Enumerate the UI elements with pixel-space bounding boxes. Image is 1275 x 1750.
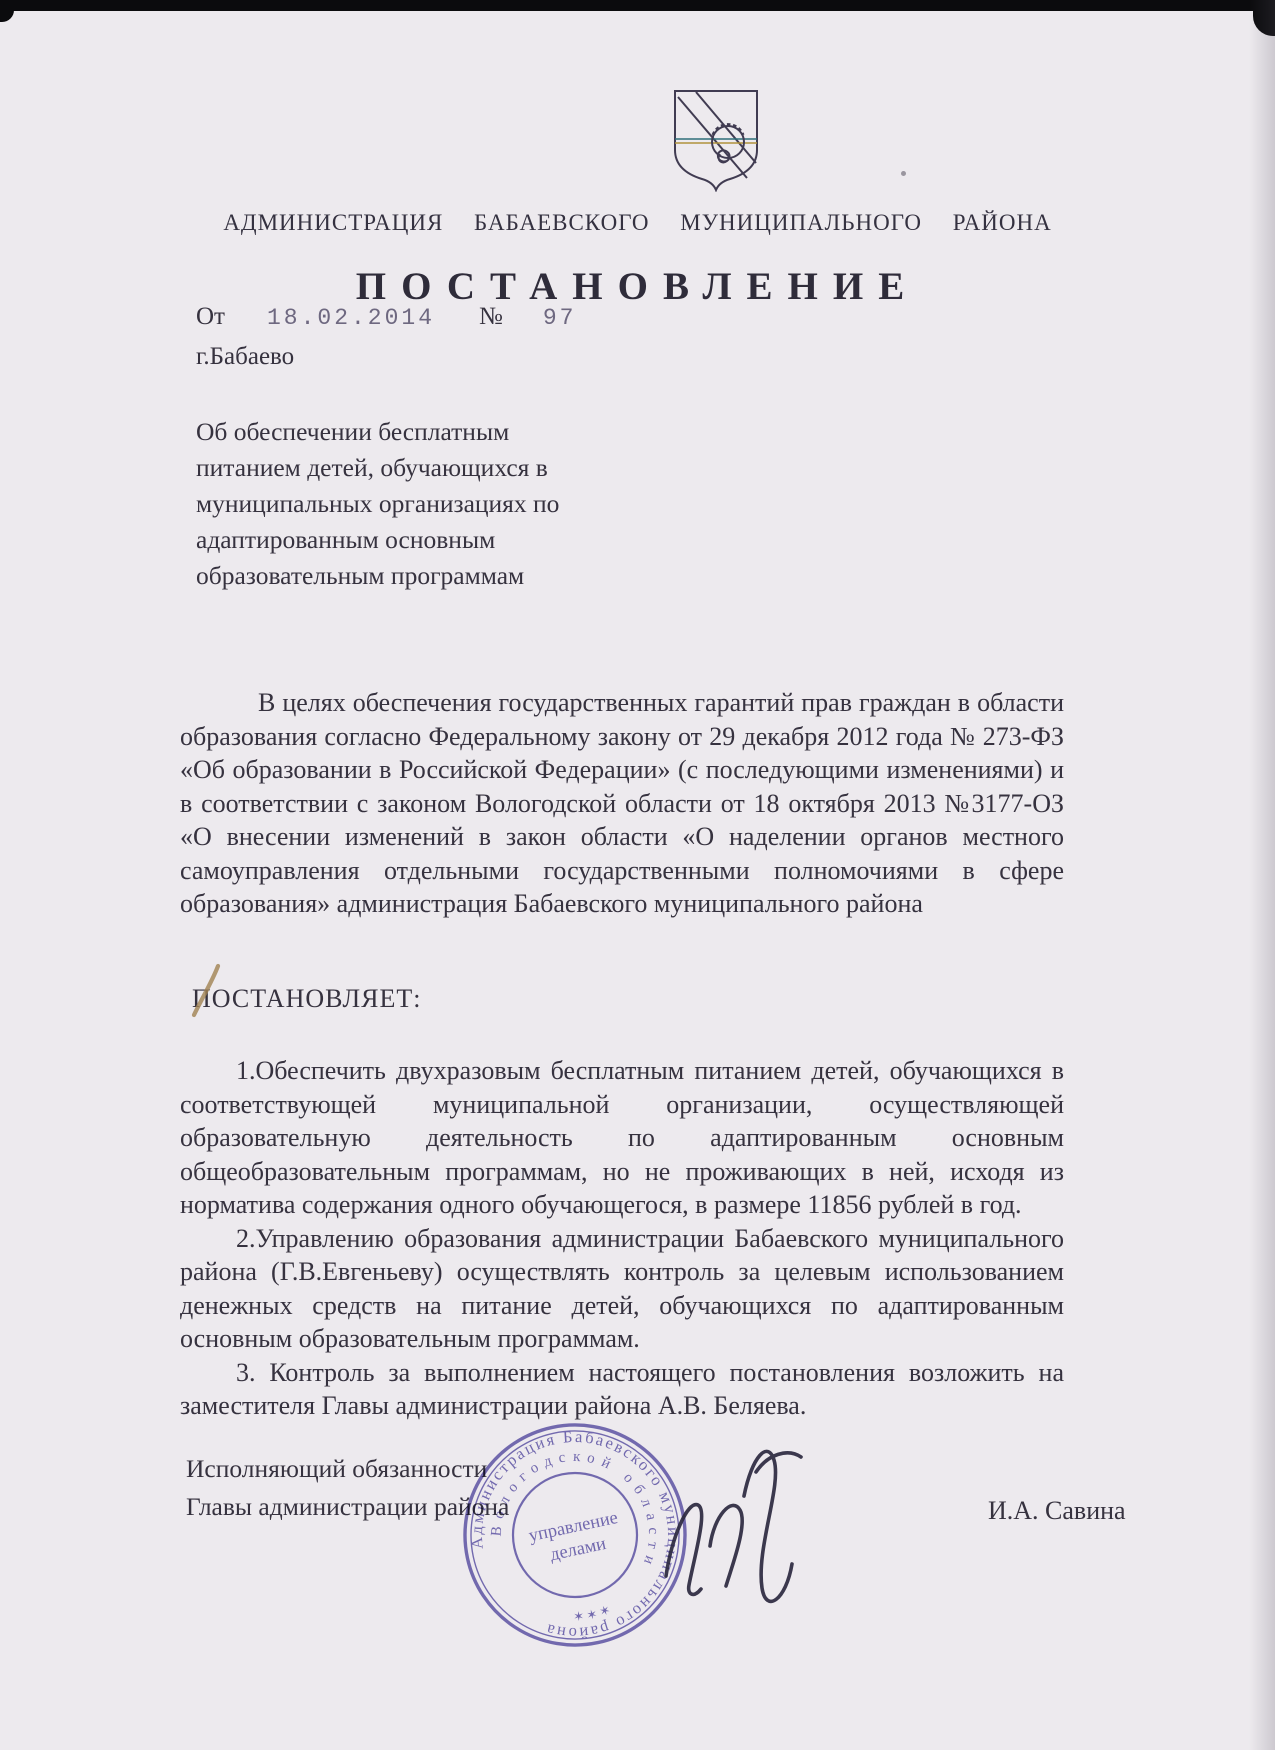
resolution-items: 1.Обеспечить двухразовым бесплатным пита…	[180, 1054, 1064, 1423]
subject-line: муниципальных организациях по	[196, 486, 656, 522]
signatory-name: И.А. Савина	[988, 1496, 1126, 1526]
coat-of-arms-icon	[671, 88, 761, 192]
resolution-item-2: 2.Управлению образования администрации Б…	[180, 1222, 1064, 1356]
subject-line: адаптированным основным	[196, 522, 656, 558]
scan-right-shade	[1249, 0, 1275, 1750]
pen-mark	[188, 962, 226, 1020]
doc-meta-row: От18.02.2014№97	[196, 303, 576, 331]
place-name: г.Бабаево	[196, 343, 294, 371]
handwritten-signature	[638, 1428, 828, 1643]
number-label: №	[479, 303, 503, 331]
resolves-heading: ПОСТАНОВЛЯЕТ:	[192, 984, 421, 1014]
org-name: АДМИНИСТРАЦИЯ БАБАЕВСКОГО МУНИЦИПАЛЬНОГО…	[130, 210, 1145, 236]
resolution-item-1: 1.Обеспечить двухразовым бесплатным пита…	[180, 1054, 1064, 1222]
date-label: От	[196, 303, 225, 331]
date-value: 18.02.2014	[267, 305, 435, 331]
subject-line: Об обеспечении бесплатным	[196, 414, 656, 450]
preamble-paragraph: В целях обеспечения государственных гара…	[180, 686, 1064, 921]
scan-top-edge	[0, 0, 1275, 11]
scan-noise-dot	[901, 171, 906, 176]
subject-block: Об обеспечении бесплатным питанием детей…	[196, 414, 656, 594]
number-value: 97	[543, 305, 577, 331]
subject-line: питанием детей, обучающихся в	[196, 450, 656, 486]
scan-corner-left	[0, 0, 14, 22]
scanned-document-page: АДМИНИСТРАЦИЯ БАБАЕВСКОГО МУНИЦИПАЛЬНОГО…	[0, 0, 1275, 1750]
subject-line: образовательным программам	[196, 558, 656, 594]
